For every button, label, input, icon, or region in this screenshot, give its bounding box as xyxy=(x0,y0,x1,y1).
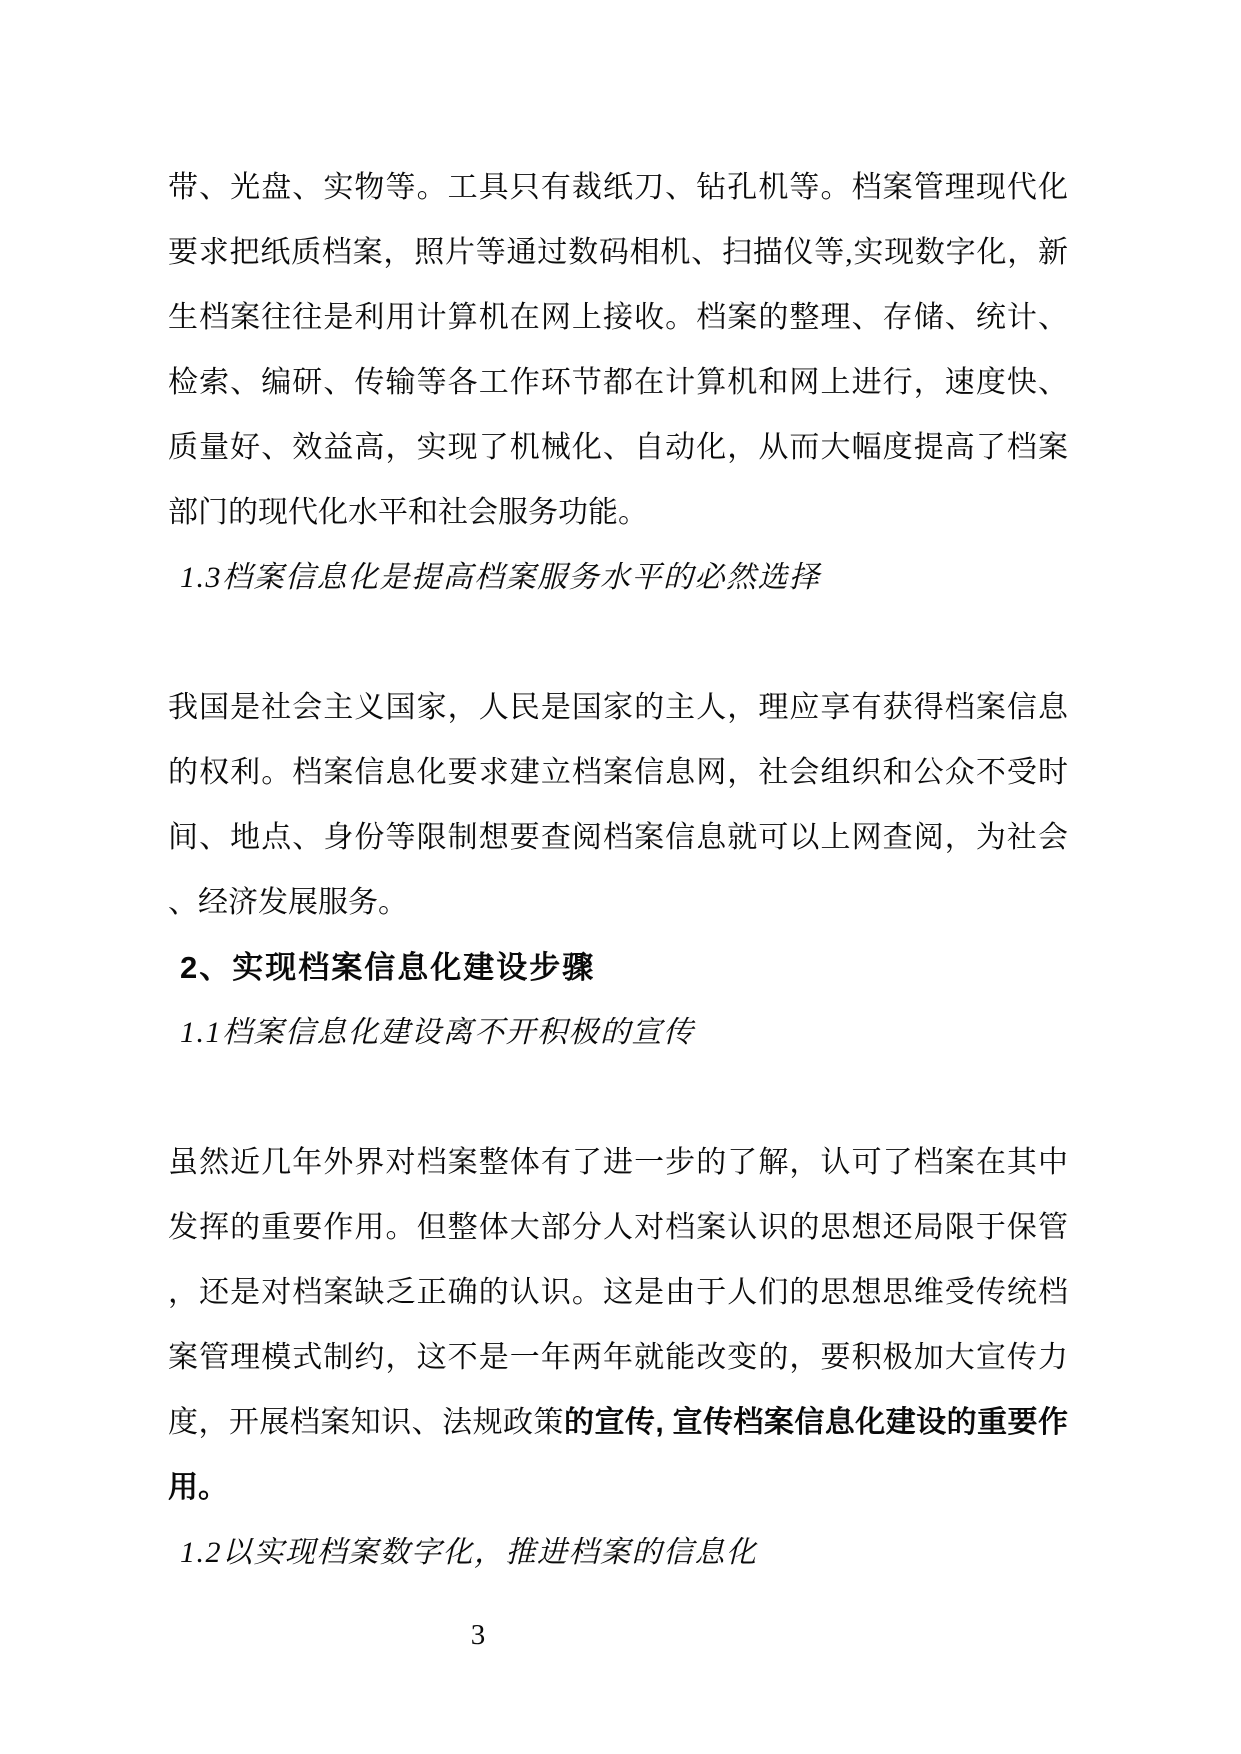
body-line: 带、光盘、实物等。工具只有裁纸刀、钻孔机等。档案管理现代化 xyxy=(168,155,1068,220)
body-line: 、经济发展服务。 xyxy=(168,870,1068,935)
blank-line xyxy=(168,610,1068,675)
body-line: 生档案往往是利用计算机在网上接收。档案的整理、存储、统计、 xyxy=(168,285,1068,350)
body-line: 要求把纸质档案，照片等通过数码相机、扫描仪等,实现数字化，新 xyxy=(168,220,1068,285)
text-block: 带、光盘、实物等。工具只有裁纸刀、钻孔机等。档案管理现代化 要求把纸质档案，照片… xyxy=(168,155,1068,1585)
body-line: 的权利。档案信息化要求建立档案信息网，社会组织和公众不受时 xyxy=(168,740,1068,805)
body-line-bold-segment: 的宣传, 宣传档案信息化建设的重要作 xyxy=(564,1406,1068,1439)
document-page: 带、光盘、实物等。工具只有裁纸刀、钻孔机等。档案管理现代化 要求把纸质档案，照片… xyxy=(0,0,1241,1754)
body-line: 间、地点、身份等限制想要查阅档案信息就可以上网查阅，为社会 xyxy=(168,805,1068,870)
body-line-mixed: 度，开展档案知识、法规政策的宣传, 宣传档案信息化建设的重要作 xyxy=(168,1390,1068,1455)
body-line: 我国是社会主义国家，人民是国家的主人，理应享有获得档案信息 xyxy=(168,675,1068,740)
subheading-1-3: 1.3档案信息化是提高档案服务水平的必然选择 xyxy=(168,545,1068,610)
body-line: ，还是对档案缺乏正确的认识。这是由于人们的思想思维受传统档 xyxy=(168,1260,1068,1325)
page-number: 3 xyxy=(450,1615,506,1655)
blank-line xyxy=(168,1065,1068,1130)
subheading-1-2: 1.2以实现档案数字化，推进档案的信息化 xyxy=(168,1520,1068,1585)
body-line: 质量好、效益高，实现了机械化、自动化，从而大幅度提高了档案 xyxy=(168,415,1068,480)
body-line: 部门的现代化水平和社会服务功能。 xyxy=(168,480,1068,545)
body-line: 虽然近几年外界对档案整体有了进一步的了解，认可了档案在其中 xyxy=(168,1130,1068,1195)
body-line: 发挥的重要作用。但整体大部分人对档案认识的思想还局限于保管 xyxy=(168,1195,1068,1260)
subheading-1-1: 1.1档案信息化建设离不开积极的宣传 xyxy=(168,1000,1068,1065)
body-line-normal-segment: 度，开展档案知识、法规政策 xyxy=(168,1406,564,1439)
body-line: 案管理模式制约，这不是一年两年就能改变的，要积极加大宣传力 xyxy=(168,1325,1068,1390)
body-line: 检索、编研、传输等各工作环节都在计算机和网上进行，速度快、 xyxy=(168,350,1068,415)
section-heading-2: 2、实现档案信息化建设步骤 xyxy=(168,935,1068,1000)
body-line-bold: 用。 xyxy=(168,1455,1068,1520)
